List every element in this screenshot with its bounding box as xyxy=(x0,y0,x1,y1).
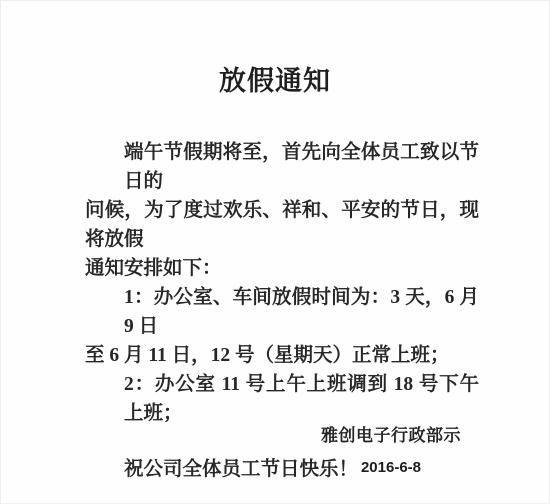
body-line-2: 问候，为了度过欢乐、祥和、平安的节日，现将放假 xyxy=(85,196,479,254)
notice-title: 放假通知 xyxy=(1,59,549,98)
body-line-5: 至 6 月 11 日，12 号（星期天）正常上班； xyxy=(85,341,479,370)
body-line-4: 1：办公室、车间放假时间为：3 天，6 月 9 日 xyxy=(85,283,479,341)
signature-block: 雅创电子行政部示 2016-6-8 xyxy=(321,421,461,476)
body-line-1: 端午节假期将至，首先向全体员工致以节日的 xyxy=(85,138,479,196)
body-line-3: 通知安排如下： xyxy=(85,254,479,283)
signature: 雅创电子行政部示 xyxy=(321,421,461,446)
notice-date: 2016-6-8 xyxy=(321,459,461,476)
body-line-6: 2：办公室 11 号上午上班调到 18 号下午上班； xyxy=(85,370,479,428)
notice-document: 放假通知 端午节假期将至，首先向全体员工致以节日的 问候，为了度过欢乐、祥和、平… xyxy=(0,0,550,504)
